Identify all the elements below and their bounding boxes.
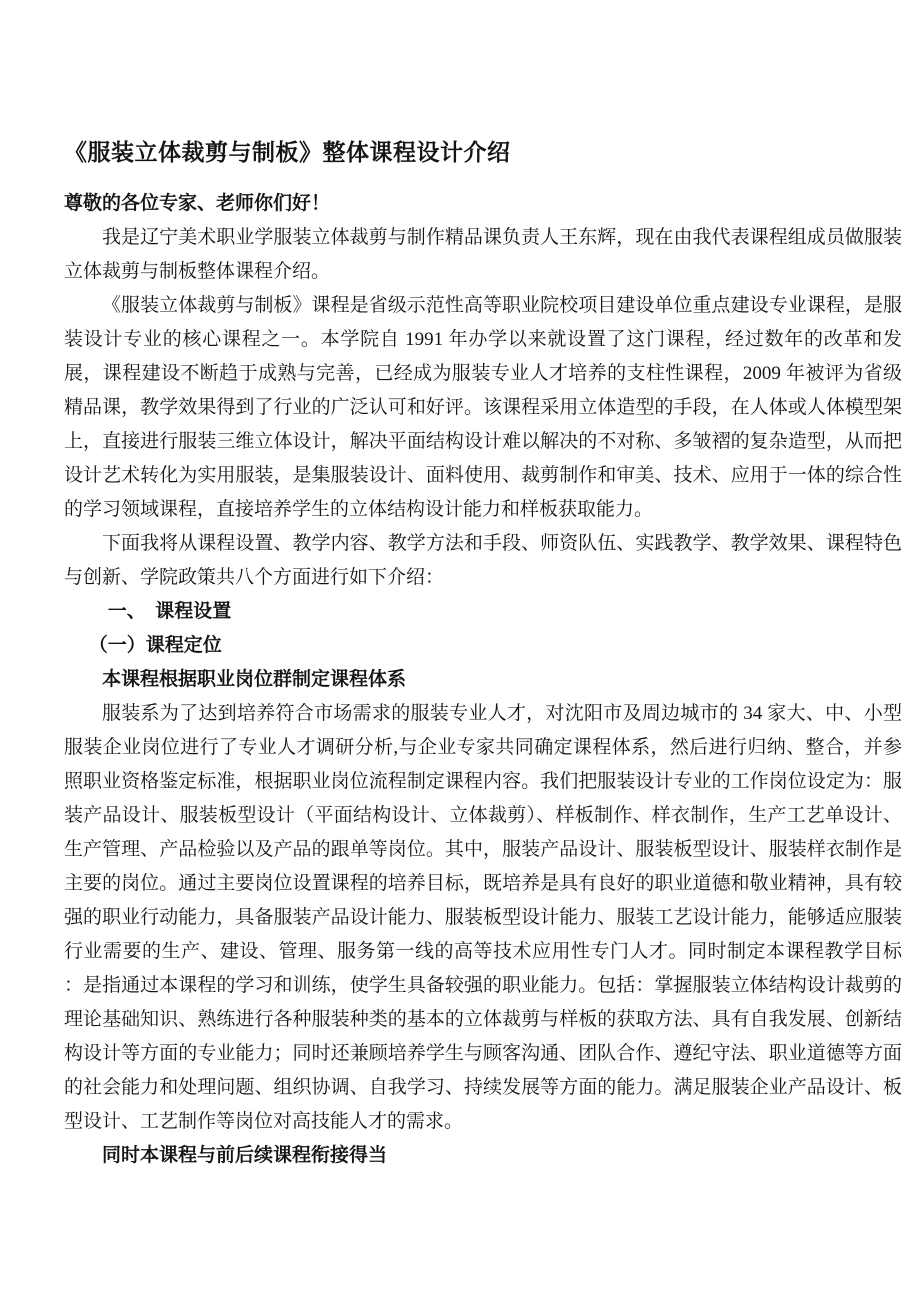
greeting-line: 尊敬的各位专家、老师你们好！: [64, 187, 902, 221]
document-content: 《服装立体裁剪与制板》整体课程设计介绍 尊敬的各位专家、老师你们好！ 我是辽宁美…: [64, 135, 902, 1173]
paragraph-course-overview: 《服装立体裁剪与制板》课程是省级示范性高等职业院校项目建设单位重点建设专业课程，…: [64, 289, 902, 527]
document-page: 《服装立体裁剪与制板》整体课程设计介绍 尊敬的各位专家、老师你们好！ 我是辽宁美…: [0, 0, 920, 1302]
heading-course-positioning: （一）课程定位: [64, 629, 902, 663]
heading-course-system: 本课程根据职业岗位群制定课程体系: [64, 663, 902, 697]
paragraph-positioning-detail: 服装系为了达到培养符合市场需求的服装专业人才，对沈阳市及周边城市的 34 家大、…: [64, 697, 902, 1139]
heading-course-linkage: 同时本课程与前后续课程衔接得当: [64, 1139, 902, 1173]
document-title: 《服装立体裁剪与制板》整体课程设计介绍: [64, 135, 902, 171]
heading-section-one-course-setup: 一、 课程设置: [64, 595, 902, 629]
paragraph-presenter-intro: 我是辽宁美术职业学服装立体裁剪与制作精品课负责人王东辉，现在由我代表课程组成员做…: [64, 221, 902, 289]
paragraph-outline: 下面我将从课程设置、教学内容、教学方法和手段、师资队伍、实践教学、教学效果、课程…: [64, 527, 902, 595]
